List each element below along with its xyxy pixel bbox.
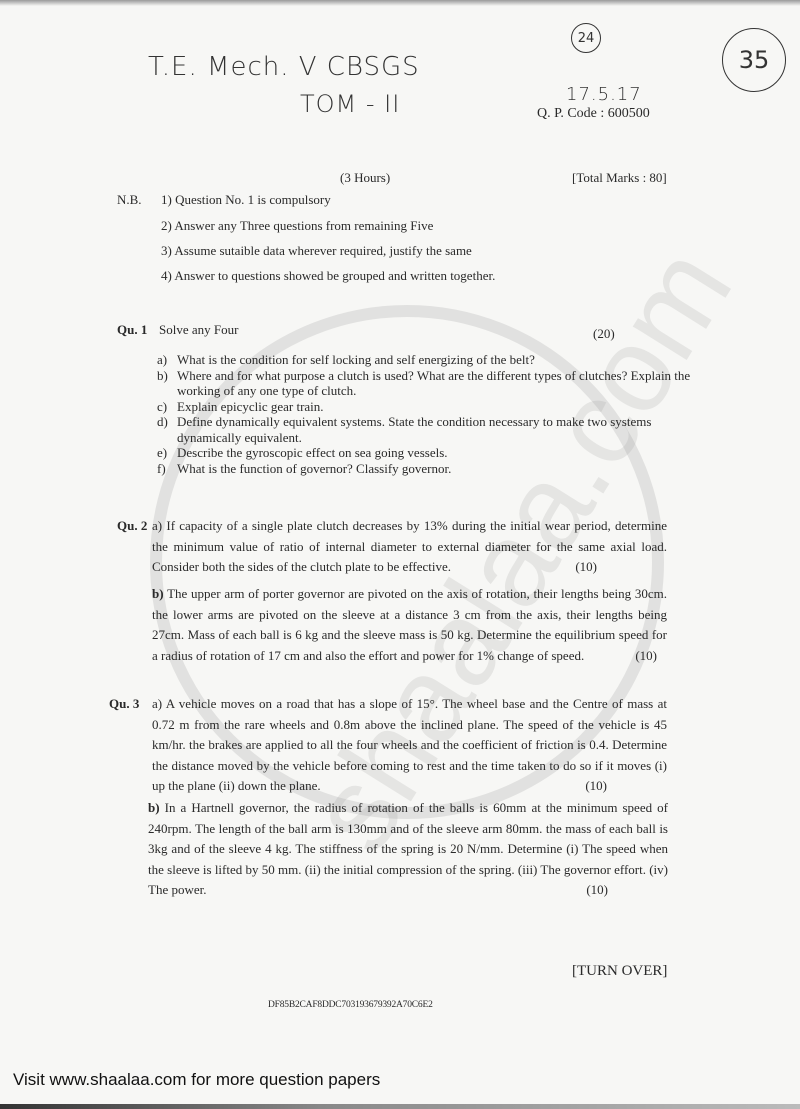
handwritten-date: 17.5.17 bbox=[566, 84, 642, 105]
question-1-title: Solve any Four bbox=[159, 322, 238, 338]
exam-duration: (3 Hours) bbox=[340, 170, 390, 186]
question-2b: b) The upper arm of porter governor are … bbox=[152, 584, 667, 666]
instruction-item: 1) Question No. 1 is compulsory bbox=[161, 192, 331, 208]
part-text: What is the condition for self locking a… bbox=[177, 352, 535, 368]
part-letter: b) bbox=[152, 586, 164, 601]
circled-page-number-small: 24 bbox=[571, 23, 601, 53]
qp-code: Q. P. Code : 600500 bbox=[537, 106, 650, 122]
part-letter: e) bbox=[157, 445, 177, 461]
part-text: Where and for what purpose a clutch is u… bbox=[177, 368, 697, 399]
part-marks: (10) bbox=[585, 776, 607, 797]
part-marks: (10) bbox=[575, 557, 597, 578]
question-part: e) Describe the gyroscopic effect on sea… bbox=[157, 445, 697, 461]
part-letter: a) bbox=[152, 696, 162, 711]
question-part: c) Explain epicyclic gear train. bbox=[157, 399, 697, 415]
part-marks: (10) bbox=[586, 880, 608, 901]
part-text: Define dynamically equivalent systems. S… bbox=[177, 414, 697, 445]
instruction-item: 4) Answer to questions showed be grouped… bbox=[161, 268, 495, 284]
paper-hash: DF85B2CAF8DDC703193679392A70C6E2 bbox=[268, 1000, 433, 1010]
question-part: a) What is the condition for self lockin… bbox=[157, 352, 697, 368]
handwritten-course: T.E. Mech. V CBSGS bbox=[148, 52, 420, 82]
scan-edge-bottom bbox=[0, 1104, 800, 1109]
question-3b: b) In a Hartnell governor, the radius of… bbox=[148, 798, 668, 901]
instruction-item: 2) Answer any Three questions from remai… bbox=[161, 218, 433, 234]
part-letter: a) bbox=[157, 352, 177, 368]
instruction-item: 3) Assume sutaible data wherever require… bbox=[161, 243, 472, 259]
part-letter: f) bbox=[157, 461, 177, 477]
part-marks: (10) bbox=[635, 646, 657, 667]
question-1-marks: (20) bbox=[593, 326, 615, 342]
question-3-label: Qu. 3 bbox=[109, 696, 139, 712]
turn-over: [TURN OVER] bbox=[572, 963, 667, 980]
question-2-label: Qu. 2 bbox=[117, 518, 147, 534]
total-marks: [Total Marks : 80] bbox=[572, 170, 667, 186]
part-text: Describe the gyroscopic effect on sea go… bbox=[177, 445, 448, 461]
part-letter: a) bbox=[152, 518, 162, 533]
question-part: f) What is the function of governor? Cla… bbox=[157, 461, 697, 477]
nb-label: N.B. bbox=[117, 192, 142, 208]
question-1-label: Qu. 1 bbox=[117, 322, 147, 338]
scan-edge-top bbox=[0, 0, 800, 6]
handwritten-subject: TOM - II bbox=[300, 90, 400, 118]
part-text: The upper arm of porter governor are piv… bbox=[152, 586, 667, 663]
circled-page-number-large: 35 bbox=[722, 28, 786, 92]
part-letter: c) bbox=[157, 399, 177, 415]
part-text: Explain epicyclic gear train. bbox=[177, 399, 324, 415]
question-part: d) Define dynamically equivalent systems… bbox=[157, 414, 697, 445]
part-letter: b) bbox=[148, 800, 160, 815]
question-2a: a) If capacity of a single plate clutch … bbox=[152, 516, 667, 578]
visit-link[interactable]: Visit www.shaalaa.com for more question … bbox=[13, 1070, 380, 1090]
part-letter: b) bbox=[157, 368, 177, 399]
question-1-parts: a) What is the condition for self lockin… bbox=[157, 352, 697, 476]
part-text: What is the function of governor? Classi… bbox=[177, 461, 451, 477]
question-part: b) Where and for what purpose a clutch i… bbox=[157, 368, 697, 399]
part-letter: d) bbox=[157, 414, 177, 445]
question-3a: a) A vehicle moves on a road that has a … bbox=[152, 694, 667, 797]
